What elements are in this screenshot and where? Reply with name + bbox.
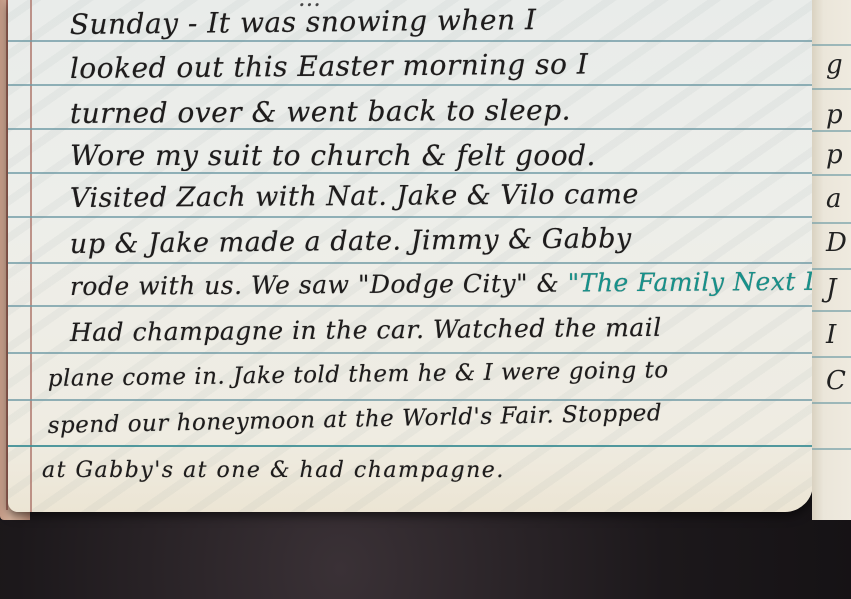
diary-line-2: looked out this Easter morning so I	[70, 47, 589, 85]
ruled-line	[812, 268, 851, 270]
ruled-line	[812, 402, 851, 404]
next-page-edge: g p p a D J I C	[812, 0, 851, 520]
diary-line-4: Wore my suit to church & felt good.	[70, 139, 596, 172]
next-page-fragment: I	[826, 320, 836, 350]
next-page-fragment: p	[826, 100, 843, 130]
diary-line-11: at Gabby's at one & had champagne.	[42, 458, 505, 483]
ruled-line	[812, 448, 851, 450]
diary-line-7: rode with us. We saw "Dodge City" & "The…	[70, 266, 813, 301]
diary-line-5: Visited Zach with Nat. Jake & Vilo came	[70, 179, 639, 214]
ruled-line	[812, 356, 851, 358]
diary-line-7-black: rode with us. We saw "Dodge City" &	[70, 269, 568, 301]
diary-line-9: plane come in. Jake told them he & I wer…	[48, 357, 669, 392]
next-page-fragment: a	[826, 184, 842, 214]
ruled-line	[812, 174, 851, 176]
diary-line-7-teal-ink: "The Family Next Door"	[568, 266, 813, 297]
ruled-line	[812, 130, 851, 132]
diary-page: ... Sunday - It was snowing when I looke…	[8, 0, 813, 512]
next-page-fragment: C	[826, 366, 846, 396]
ruled-line	[812, 310, 851, 312]
ruled-line	[8, 445, 813, 447]
next-page-fragment: D	[826, 228, 847, 258]
ruled-line	[812, 222, 851, 224]
ruled-line	[812, 88, 851, 90]
next-page-fragment: p	[826, 140, 843, 170]
ruled-line	[8, 262, 813, 264]
ruled-line	[812, 44, 851, 46]
next-page-fragment: J	[826, 274, 836, 304]
diary-line-10: spend our honeymoon at the World's Fair.…	[47, 400, 662, 439]
ruled-line	[8, 352, 813, 354]
ruled-line	[8, 216, 813, 218]
ruled-line	[8, 172, 813, 174]
diary-line-6: up & Jake made a date. Jimmy & Gabby	[70, 223, 632, 260]
diary-line-1: Sunday - It was snowing when I	[70, 3, 537, 41]
diary-line-3: turned over & went back to sleep.	[70, 94, 571, 130]
margin-rule	[30, 0, 32, 512]
ruled-line	[8, 305, 813, 307]
next-page-fragment: g	[826, 50, 843, 80]
ruled-line	[8, 399, 813, 401]
diary-line-8: Had champagne in the car. Watched the ma…	[70, 313, 662, 347]
photo-scene: ... Sunday - It was snowing when I looke…	[0, 0, 851, 599]
